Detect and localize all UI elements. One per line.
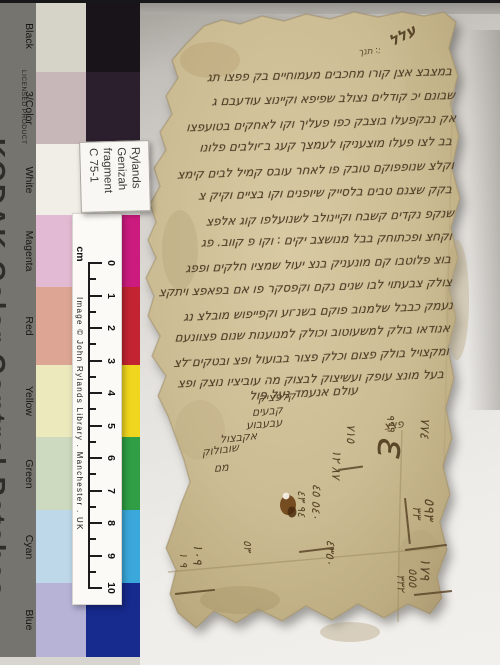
side-word: שובולוק bbox=[202, 441, 239, 459]
script-line: וקלצ שנופפוקם טובק פו לאחר עובס קמיל לבי… bbox=[150, 158, 455, 183]
ruler-number: 3 bbox=[105, 358, 117, 364]
ruler-tick-major bbox=[88, 490, 102, 492]
account-mark: ٩ ١ bbox=[177, 552, 190, 567]
ruler-number: 4 bbox=[105, 390, 117, 396]
side-word: מם bbox=[214, 460, 229, 475]
script-line: שנקפ נקדים קשבח וקיינולב לשנועלפו קוג אל… bbox=[150, 206, 455, 231]
ruler-tick-minor bbox=[88, 506, 96, 508]
account-mark: ٨٧ ١٢ bbox=[329, 450, 344, 480]
script-line: וקחצ ופכתוחק בבל מנושצב יקים ∶ וקו פ קוו… bbox=[148, 229, 453, 251]
ruler-copyright-text: Image © John Rylands Library . Mancheste… bbox=[75, 297, 84, 531]
account-mark: ٧١٥ bbox=[344, 424, 358, 443]
ruler-number: 5 bbox=[105, 423, 117, 429]
account-mark: ٩٤ ٤٣ bbox=[295, 490, 308, 517]
sum-rule bbox=[405, 544, 447, 551]
account-mark: פצצ bbox=[383, 417, 405, 433]
label-line-collection: Rylands bbox=[128, 147, 144, 210]
ruler-tick-minor bbox=[88, 311, 96, 313]
ruler-number: 1 bbox=[105, 293, 117, 299]
account-mark: ٥٥٥ bbox=[406, 568, 420, 587]
ruler-number: 8 bbox=[105, 520, 117, 526]
ruler-unit-label: cm bbox=[74, 246, 86, 261]
ruler-tick-major bbox=[88, 425, 102, 427]
ruler-tick-major bbox=[88, 587, 102, 589]
ruler-tick-major bbox=[88, 327, 102, 329]
ruler-number: 10 bbox=[105, 582, 117, 594]
script-line: שבונם יכ קודלים נצולב שפיפא וקיינוצ עודע… bbox=[168, 88, 456, 110]
ruler-tick-major bbox=[88, 457, 102, 459]
ruler-tick-major bbox=[88, 555, 102, 557]
account-mark: ٥٣ bbox=[241, 540, 254, 552]
ruler-tick-major bbox=[88, 262, 102, 264]
ruler-tick-minor bbox=[88, 278, 96, 280]
script-line: במצבצ אצן קורו מחכבים מעמוחיים בק פפצו ת… bbox=[198, 64, 453, 85]
archival-label: Rylands Genizah fragment C 75-1 bbox=[79, 140, 151, 213]
script-line: נעמק כבבל שלמנוב פוקם בשנ־וע וקפייפוש מו… bbox=[150, 298, 454, 325]
script-line: בב לצו פעלו מוצעניקו לעמצך קעג ב־יולבים … bbox=[150, 134, 453, 156]
header-note-mark: תנך ∶: bbox=[358, 46, 381, 58]
ruler-number: 7 bbox=[105, 488, 117, 494]
script-line: בקק שצנם טבים בלסייק שיופנים וקו בציים ו… bbox=[148, 182, 453, 204]
ruler-number: 2 bbox=[105, 325, 117, 331]
label-line-shelfmark: C 75-1 bbox=[86, 148, 102, 211]
ruler-tick-minor bbox=[88, 343, 96, 345]
ruler-tick-minor bbox=[88, 408, 96, 410]
ruler-tick-major bbox=[88, 295, 102, 297]
account-mark: ٣٣ bbox=[410, 506, 424, 519]
account-mark: ١٠٩ bbox=[189, 543, 205, 564]
script-line: בוצ פלוטבו קם מונעניק בנצ יעול שמציו חלק… bbox=[150, 252, 452, 277]
ruler-tick-major bbox=[88, 360, 102, 362]
script-line: צולק צבעתוי לבו שנים נקם וקפסקר פו אם בפ… bbox=[148, 275, 453, 300]
ruler-number: 6 bbox=[105, 455, 117, 461]
sum-rule bbox=[175, 589, 215, 595]
ruler-number: 0 bbox=[105, 260, 117, 266]
label-line-type: fragment bbox=[100, 148, 116, 211]
label-line-series: Genizah bbox=[114, 147, 130, 210]
script-line: אק נבקפעלו בוצבק כפו פעליך וקו לאחקים בט… bbox=[158, 111, 457, 135]
ruler-tick-minor bbox=[88, 473, 96, 475]
ruler-tick-minor bbox=[88, 376, 96, 378]
script-line: אנודאו בולק למשעוטוב וכולק למנוענות שנום… bbox=[148, 321, 451, 346]
account-mark: ɛ bbox=[367, 436, 415, 462]
archival-label-text: Rylands Genizah fragment C 75-1 bbox=[80, 142, 151, 212]
digitized-manuscript-photo: KODAK Color Control Patches LICENSED PRO… bbox=[0, 0, 500, 665]
sum-rule bbox=[414, 590, 452, 596]
account-mark: ٥٤٠ ٤٥ bbox=[309, 484, 324, 521]
account-mark: ٧٧٤ bbox=[416, 417, 432, 438]
ruler-tick-major bbox=[88, 392, 102, 394]
header-flourish-mark: עלל bbox=[386, 21, 419, 50]
account-mark: ٣٣٢ bbox=[394, 574, 408, 592]
ruler-number: 9 bbox=[105, 553, 117, 559]
side-word: קלפציק bbox=[258, 389, 296, 405]
ruler-tick-major bbox=[88, 522, 102, 524]
account-mark: ٤٣٥٠ bbox=[323, 539, 338, 565]
ruler-tick-minor bbox=[88, 441, 96, 443]
ruler-tick-minor bbox=[88, 538, 96, 540]
script-line: ומקצויל בולק פצום וכלק פצור בבועול ופצ ו… bbox=[152, 344, 450, 371]
sum-rule bbox=[404, 498, 410, 544]
ruler-tick-minor bbox=[88, 571, 96, 573]
